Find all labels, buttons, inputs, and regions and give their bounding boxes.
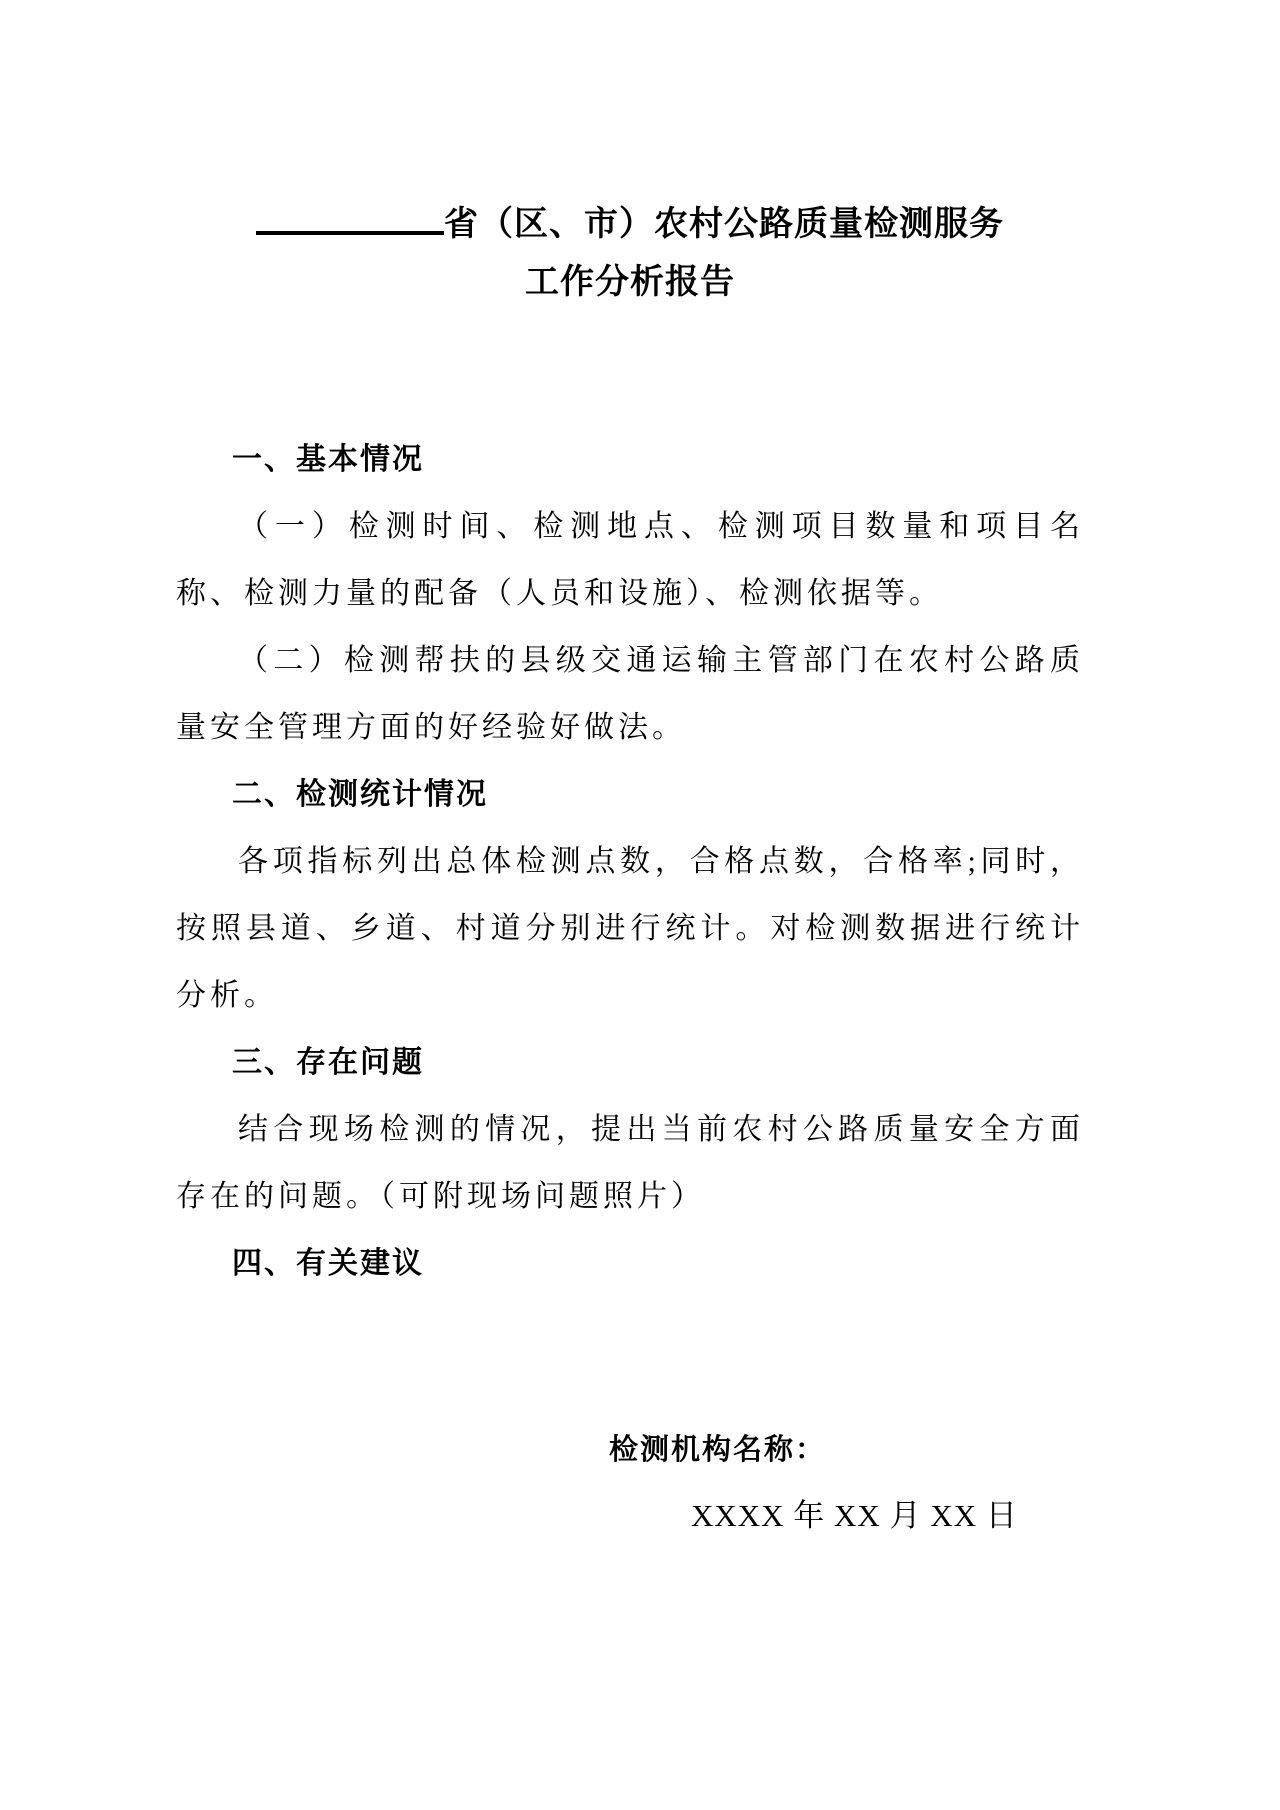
- document-title: 省（区、市）农村公路质量检测服务 工作分析报告: [176, 196, 1084, 312]
- section-heading: 一、基本情况: [176, 426, 1084, 493]
- paragraph: 各项指标列出总体检测点数，合格点数，合格率;同时，按照县道、乡道、村道分别进行统…: [176, 828, 1084, 1029]
- section-statistics: 二、检测统计情况 各项指标列出总体检测点数，合格点数，合格率;同时，按照县道、乡…: [176, 761, 1084, 1029]
- section-suggestions: 四、有关建议: [176, 1230, 1084, 1297]
- document-title-line2: 工作分析报告: [525, 264, 735, 301]
- section-basic-info: 一、基本情况 （一）检测时间、检测地点、检测项目数量和项目名称、检测力量的配备（…: [176, 426, 1084, 761]
- fill-in-blank-underline: [256, 205, 444, 235]
- document-title-line1-text: 省（区、市）农村公路质量检测服务: [444, 206, 1004, 243]
- footer-date: XXXX 年 XX 月 XX 日: [691, 1483, 1084, 1549]
- section-heading: 四、有关建议: [176, 1230, 1084, 1297]
- section-heading: 三、存在问题: [176, 1029, 1084, 1096]
- section-heading: 二、检测统计情况: [176, 761, 1084, 828]
- document-footer: 检测机构名称： XXXX 年 XX 月 XX 日: [176, 1417, 1084, 1549]
- section-problems: 三、存在问题 结合现场检测的情况，提出当前农村公路质量安全方面存在的问题。（可附…: [176, 1029, 1084, 1230]
- paragraph: （一）检测时间、检测地点、检测项目数量和项目名称、检测力量的配备（人员和设施）、…: [176, 493, 1084, 627]
- document-page: 省（区、市）农村公路质量检测服务 工作分析报告 一、基本情况 （一）检测时间、检…: [0, 0, 1280, 1810]
- paragraph: （二）检测帮扶的县级交通运输主管部门在农村公路质量安全管理方面的好经验好做法。: [176, 627, 1084, 761]
- paragraph: 结合现场检测的情况，提出当前农村公路质量安全方面存在的问题。（可附现场问题照片）: [176, 1096, 1084, 1230]
- footer-org-name-label: 检测机构名称：: [609, 1417, 1084, 1483]
- document-title-line1: 省（区、市）农村公路质量检测服务: [256, 206, 1004, 243]
